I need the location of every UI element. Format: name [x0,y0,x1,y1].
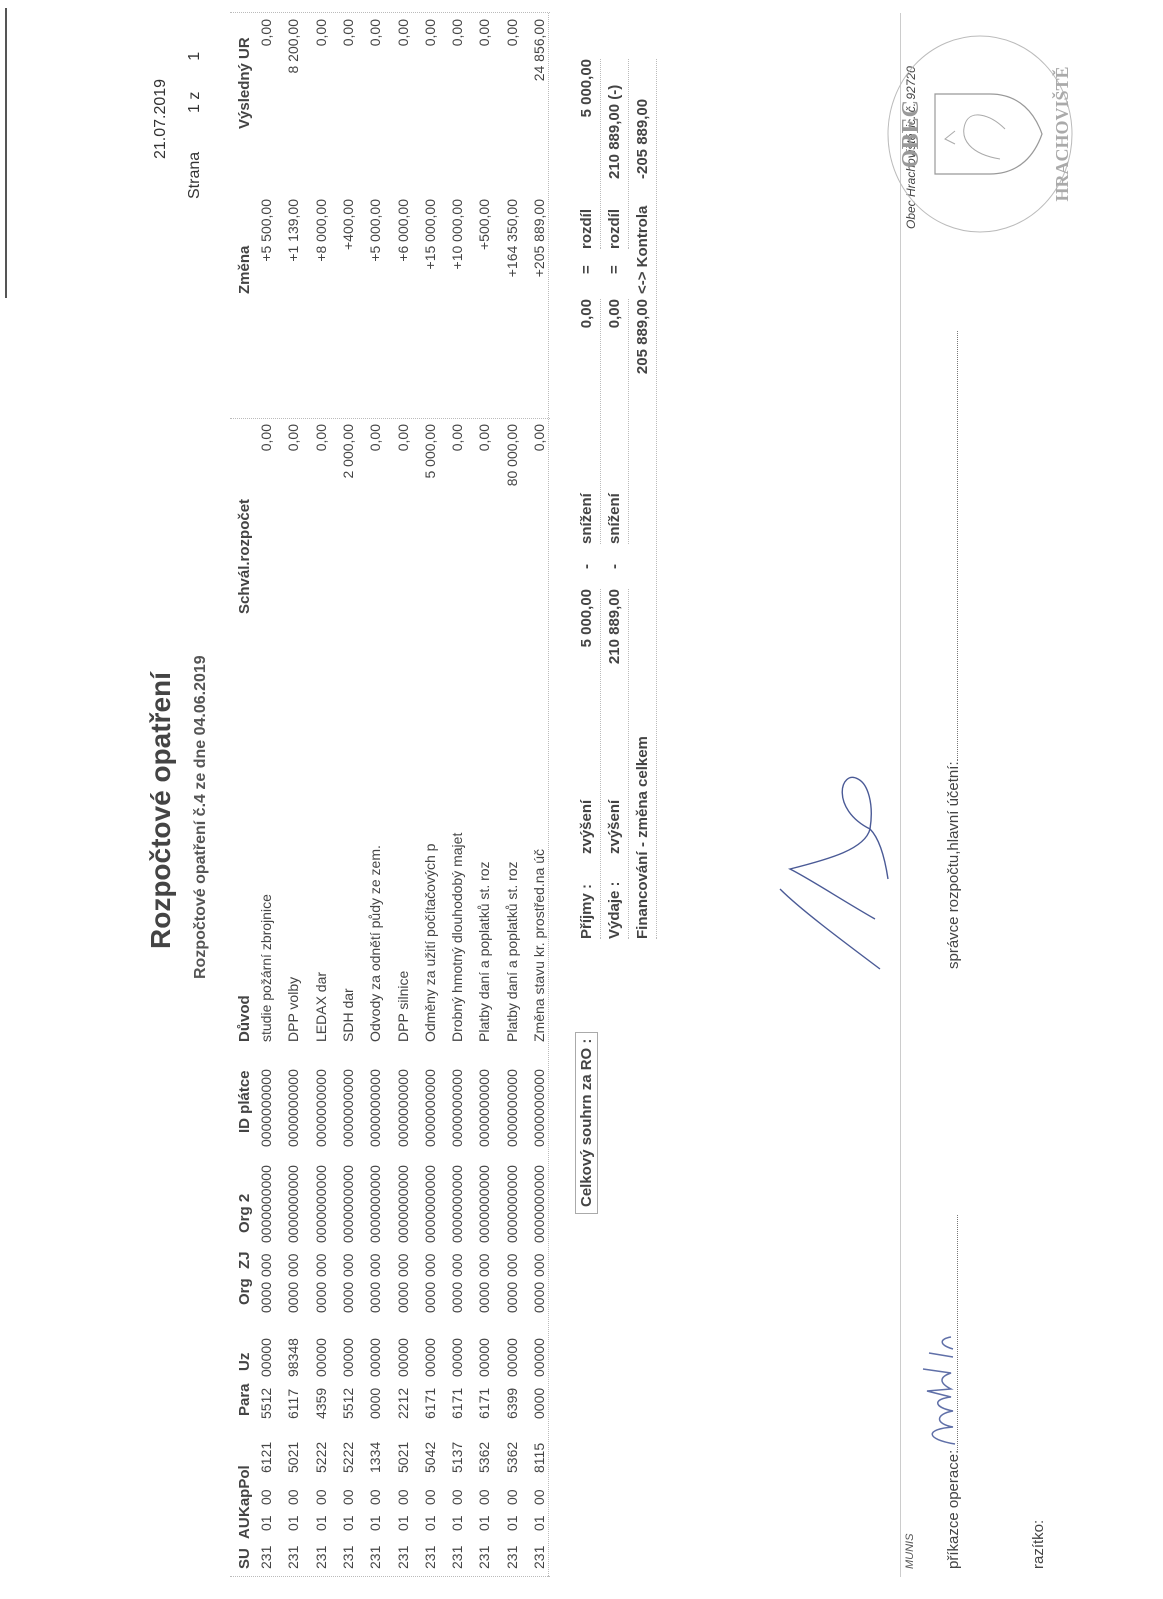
cell-pol: 6121 [258,1442,274,1473]
cell-su: 231 [313,1546,329,1569]
cell-duvod: Odměny za užití počítačových p [422,844,438,1042]
cell-para: 5512 [258,1388,274,1419]
cell-zj: 000 [285,1254,301,1277]
prijmy-diff-value: 5 000,00 [578,59,595,179]
document-title: Rozpočtové opatření [145,672,177,949]
column-header: KapPol [236,1465,253,1517]
cell-org2: 0000000000 [531,1165,547,1243]
cell-pol: 5362 [476,1442,492,1473]
cell-uz: 00000 [531,1338,547,1377]
cell-au: 01 [340,1515,356,1531]
vydaje-inc-label: zvýšení [606,800,623,854]
kontrola-value: -205 889,00 [634,99,651,179]
cell-org2: 0000000000 [422,1165,438,1243]
vydaje-eq: = [606,265,623,274]
cell-org: 0000 [313,1282,329,1313]
cell-zmena: +164 350,00 [504,199,520,329]
rule [628,59,629,249]
column-header: ID plátce [236,1070,253,1133]
cell-uz: 00000 [476,1338,492,1377]
spravce-field: správce rozpočtu,hlavní účetní: [945,331,962,969]
cell-schval: 0,00 [395,424,411,574]
cell-pol: 1334 [367,1442,383,1473]
cell-pol: 5042 [422,1442,438,1473]
rule [600,589,601,939]
cell-zj: 000 [340,1254,356,1277]
prijmy-dash: - [578,564,595,569]
cell-org2: 0000000000 [395,1165,411,1243]
cell-au: 01 [258,1515,274,1531]
cell-id: 0000000000 [504,1069,520,1147]
column-header: Schvál.rozpočet [236,499,253,614]
column-header: SU [236,1548,253,1569]
municipal-stamp: OBEC HRACHOVIŠTĚ [880,29,1080,239]
cell-vysl: 24 856,00 [531,19,547,149]
table-bottom-rule [548,13,549,1577]
cell-org: 0000 [504,1282,520,1313]
cell-zmena: +500,00 [476,199,492,329]
document-page: Rozpočtové opatření Rozpočtové opatření … [0,0,1163,1599]
cell-org: 0000 [340,1282,356,1313]
cell-id: 0000000000 [531,1069,547,1147]
cell-uz: 00000 [258,1338,274,1377]
cell-org2: 0000000000 [258,1165,274,1243]
vydaje-diff-value: 210 889,00 (-) [606,85,623,179]
financovani-change-label: - změna celkem [634,736,651,847]
cell-pol: 5137 [449,1442,465,1473]
column-divider [230,12,550,13]
cell-au: 01 [285,1515,301,1531]
vydaje-dash: - [606,564,623,569]
cell-zmena: +8 000,00 [313,199,329,329]
vydaje-diff-label: rozdíl [606,209,623,249]
cell-zmena: +400,00 [340,199,356,329]
column-header: Výsledný UR [236,37,253,129]
svg-text:HRACHOVIŠTĚ: HRACHOVIŠTĚ [1051,66,1072,201]
cell-para: 6171 [476,1388,492,1419]
cell-vysl: 0,00 [395,19,411,149]
cell-duvod: studie požární zbrojnice [258,894,274,1042]
cell-duvod: DPP volby [285,977,301,1042]
cell-zmena: +10 000,00 [449,199,465,329]
cell-au: 01 [504,1515,520,1531]
prijmy-inc-value: 5 000,00 [578,589,595,719]
cell-id: 0000000000 [449,1069,465,1147]
cell-kap: 00 [531,1489,547,1505]
column-divider [230,418,550,419]
cell-duvod: Odvody za odnětí půdy ze zem. [367,845,383,1042]
cell-vysl: 8 200,00 [285,19,301,149]
cell-para: 6171 [449,1388,465,1419]
cell-para: 6399 [504,1388,520,1419]
signature-spravce [770,759,890,979]
cell-duvod: Změna stavu kr. prostřed.na úč [531,849,547,1042]
vydaje-label: Výdaje : [606,881,623,939]
rule [600,299,601,544]
svg-text:OBEC: OBEC [898,100,924,168]
cell-pol: 8115 [531,1443,547,1473]
cell-uz: 00000 [395,1338,411,1377]
cell-zj: 000 [476,1254,492,1277]
rule [628,589,629,939]
summary-box-label: Celkový souhrn za RO : [575,1032,598,1214]
column-header: Para [236,1383,253,1416]
cell-uz: 00000 [367,1338,383,1377]
cell-zj: 000 [313,1254,329,1277]
prijmy-inc-label: zvýšení [578,800,595,854]
cell-zmena: +5 500,00 [258,199,274,329]
prijmy-label: Příjmy : [578,884,595,939]
column-header: Org 2 [236,1194,253,1233]
cell-org2: 0000000000 [449,1165,465,1243]
column-header: Důvod [236,995,253,1042]
cell-zmena: +15 000,00 [422,199,438,329]
cell-duvod: LEDAX dar [313,972,329,1042]
cell-schval: 0,00 [285,424,301,574]
cell-para: 5512 [340,1388,356,1419]
cell-schval: 2 000,00 [340,424,356,574]
cell-zj: 000 [258,1254,274,1277]
cell-org2: 0000000000 [340,1165,356,1243]
vydaje-inc-value: 210 889,00 [606,589,623,719]
cell-uz: 00000 [422,1338,438,1377]
cell-pol: 5222 [340,1442,356,1473]
cell-vysl: 0,00 [313,19,329,149]
cell-uz: 00000 [449,1338,465,1377]
cell-su: 231 [476,1546,492,1569]
cell-schval: 0,00 [476,424,492,574]
cell-para: 6171 [422,1388,438,1419]
cell-su: 231 [285,1546,301,1569]
cell-vysl: 0,00 [340,19,356,149]
cell-uz: 00000 [340,1338,356,1377]
cell-duvod: Platby daní a poplatků st. roz [504,861,520,1042]
column-header: Změna [236,246,253,294]
cell-org: 0000 [285,1282,301,1313]
cell-zj: 000 [449,1254,465,1277]
column-header: Uz [236,1353,253,1371]
cell-su: 231 [531,1546,547,1569]
prikazce-label: příkazce operace: [945,1450,962,1569]
cell-id: 0000000000 [313,1069,329,1147]
cell-org2: 0000000000 [313,1165,329,1243]
cell-org: 0000 [476,1282,492,1313]
cell-schval: 0,00 [258,424,274,574]
vydaje-dec-value: 0,00 [606,299,623,399]
signature-prikazce [915,1319,965,1449]
cell-vysl: 0,00 [476,19,492,149]
cell-su: 231 [449,1546,465,1569]
cell-au: 01 [531,1515,547,1531]
cell-id: 0000000000 [422,1069,438,1147]
razitko-label: razítko: [1030,1520,1047,1569]
rule [628,299,629,544]
prijmy-dec-value: 0,00 [578,299,595,399]
cell-zmena: +5 000,00 [367,199,383,329]
cell-para: 0000 [531,1388,547,1419]
cell-au: 01 [422,1515,438,1531]
cell-kap: 00 [504,1489,520,1505]
cell-kap: 00 [340,1489,356,1505]
kontrola-label: <-> Kontrola [634,206,651,294]
cell-para: 2212 [395,1388,411,1419]
cell-org2: 0000000000 [504,1165,520,1243]
cell-su: 231 [395,1546,411,1569]
cell-schval: 0,00 [313,424,329,574]
cell-zj: 000 [531,1254,547,1277]
cell-au: 01 [449,1515,465,1531]
cell-kap: 00 [422,1489,438,1505]
page-number: Strana 1 z 1 [186,52,204,199]
cell-kap: 00 [313,1489,329,1505]
page-of: z [186,92,204,100]
cell-para: 0000 [367,1388,383,1419]
cell-pol: 5021 [285,1442,301,1473]
cell-zj: 000 [395,1254,411,1277]
cell-kap: 00 [258,1489,274,1505]
cell-org: 0000 [422,1282,438,1313]
cell-au: 01 [476,1515,492,1531]
cell-su: 231 [340,1546,356,1569]
cell-pol: 5362 [504,1442,520,1473]
cell-au: 01 [367,1515,383,1531]
document-subtitle: Rozpočtové opatření č.4 ze dne 04.06.201… [192,655,210,979]
cell-id: 0000000000 [340,1069,356,1147]
cell-vysl: 0,00 [422,19,438,149]
cell-para: 4359 [313,1388,329,1419]
cell-schval: 80 000,00 [504,424,520,574]
cell-zmena: +1 139,00 [285,199,301,329]
cell-zj: 000 [367,1254,383,1277]
cell-id: 0000000000 [258,1069,274,1147]
cell-su: 231 [367,1546,383,1569]
footer-rule [900,13,901,1577]
prijmy-diff-label: rozdíl [578,209,595,249]
cell-uz: 00000 [313,1338,329,1377]
cell-schval: 5 000,00 [422,424,438,574]
cell-schval: 0,00 [449,424,465,574]
cell-kap: 00 [476,1489,492,1505]
cell-org2: 0000000000 [367,1165,383,1243]
cell-duvod: Platby daní a poplatků st. roz [476,861,492,1042]
cell-schval: 0,00 [531,424,547,574]
cell-kap: 00 [285,1489,301,1505]
cell-su: 231 [258,1546,274,1569]
cell-zj: 000 [422,1254,438,1277]
cell-vysl: 0,00 [367,19,383,149]
column-header: AU [236,1517,253,1539]
cell-uz: 98348 [285,1338,301,1377]
cell-id: 0000000000 [367,1069,383,1147]
cell-kap: 00 [367,1489,383,1505]
cell-org: 0000 [258,1282,274,1313]
spravce-label: správce rozpočtu,hlavní účetní: [945,761,962,969]
cell-org: 0000 [531,1282,547,1313]
cell-para: 6117 [285,1389,301,1419]
cell-org: 0000 [395,1282,411,1313]
cell-org2: 0000000000 [476,1165,492,1243]
rule [600,59,601,249]
cell-vysl: 0,00 [258,19,274,149]
vydaje-dec-label: snížení [606,493,623,544]
cell-su: 231 [422,1546,438,1569]
cell-zmena: +205 889,00 [531,199,547,329]
cell-org2: 0000000000 [285,1165,301,1243]
cell-kap: 00 [395,1489,411,1505]
cell-uz: 00000 [504,1338,520,1377]
column-header: Org [236,1278,253,1305]
financovani-value: 205 889,00 [634,299,651,439]
cell-id: 0000000000 [476,1069,492,1147]
prijmy-eq: = [578,265,595,274]
cell-schval: 0,00 [367,424,383,574]
cell-kap: 00 [449,1489,465,1505]
print-date: 21.07.2019 [152,79,170,159]
cell-au: 01 [395,1515,411,1531]
page-current: 1 [186,104,204,113]
cell-id: 0000000000 [285,1069,301,1147]
cell-duvod: SDH dar [340,988,356,1042]
system-name: MUNIS [904,1534,916,1569]
cell-duvod: Drobný hmotný dlouhodobý majet [449,833,465,1042]
column-divider [230,1576,550,1577]
cell-duvod: DPP silnice [395,971,411,1042]
cell-vysl: 0,00 [504,19,520,149]
prijmy-dec-label: snížení [578,493,595,544]
rule [656,59,657,939]
cell-pol: 5021 [395,1442,411,1473]
cell-id: 0000000000 [395,1069,411,1147]
page-label: Strana [186,152,204,199]
cell-zmena: +6 000,00 [395,199,411,329]
cell-org: 0000 [449,1282,465,1313]
cell-su: 231 [504,1546,520,1569]
cell-pol: 5222 [313,1442,329,1473]
cell-zj: 000 [504,1254,520,1277]
page-total: 1 [186,52,204,61]
cell-vysl: 0,00 [449,19,465,149]
cell-au: 01 [313,1515,329,1531]
financovani-label: Financování [634,851,651,939]
column-header: ZJ [236,1251,253,1269]
cell-org: 0000 [367,1282,383,1313]
